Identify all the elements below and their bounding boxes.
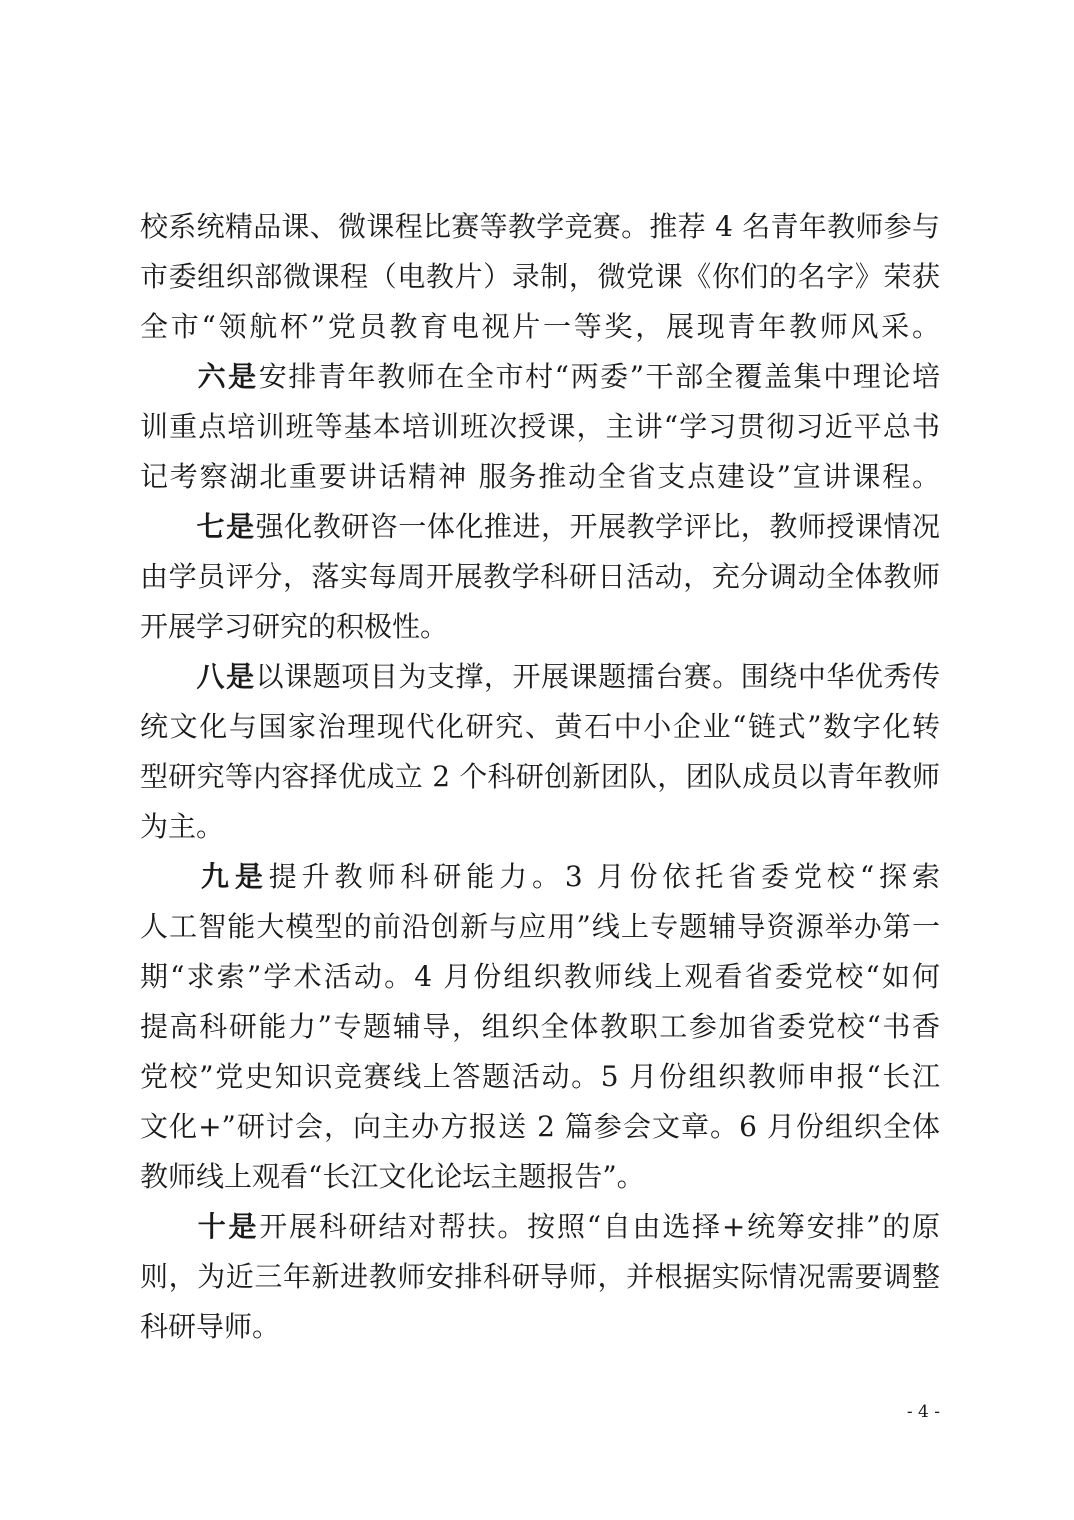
paragraph-lead-bold: 六是 — [196, 360, 259, 393]
text-line: 六是安排青年教师在全市村“两委”干部全覆盖集中理论培 — [140, 352, 940, 402]
text-line: 训重点培训班等基本培训班次授课，主讲“学习贯彻习近平总书 — [140, 402, 940, 452]
text-line: 教师线上观看“长江文化论坛主题报告”。 — [140, 1152, 940, 1202]
text-line: 文化+”研讨会，向主办方报送 2 篇参会文章。6 月份组织全体 — [140, 1102, 940, 1152]
paragraph-lead-bold: 九是 — [196, 860, 269, 893]
text-line: 市委组织部微课程（电教片）录制，微党课《你们的名字》荣获 — [140, 252, 940, 302]
paragraph-lead-bold: 八是 — [196, 660, 256, 693]
text-line: 科研导师。 — [140, 1302, 940, 1352]
text-line: 型研究等内容择优成立 2 个科研创新团队，团队成员以青年教师 — [140, 752, 940, 802]
text-line: 八是以课题项目为支撑，开展课题擂台赛。围绕中华优秀传 — [140, 652, 940, 702]
text-line: 九是提升教师科研能力。3 月份依托省委党校“探索 DeepSeek: — [140, 852, 940, 902]
text-line: 则，为近三年新进教师安排科研导师，并根据实际情况需要调整 — [140, 1252, 940, 1302]
text-line: 期“求索”学术活动。4 月份组织教师线上观看省委党校“如何 — [140, 952, 940, 1002]
text-line: 全市“领航杯”党员教育电视片一等奖，展现青年教师风采。 — [140, 302, 940, 352]
text-line: 党校”党史知识竞赛线上答题活动。5 月份组织教师申报“长江 — [140, 1052, 940, 1102]
paragraph-lead-bold: 七是 — [196, 510, 256, 543]
page-number: - 4 - — [140, 1402, 940, 1422]
text-line: 十是开展科研结对帮扶。按照“自由选择+统筹安排”的原 — [140, 1202, 940, 1252]
document-body: 校系统精品课、微课程比赛等教学竞赛。推荐 4 名青年教师参与市委组织部微课程（电… — [140, 202, 940, 1352]
text-line: 七是强化教研咨一体化推进，开展教学评比，教师授课情况 — [140, 502, 940, 552]
document-page: 校系统精品课、微课程比赛等教学竞赛。推荐 4 名青年教师参与市委组织部微课程（电… — [0, 0, 1074, 1520]
text-line: 统文化与国家治理现代化研究、黄石中小企业“链式”数字化转 — [140, 702, 940, 752]
text-line: 由学员评分，落实每周开展教学科研日活动，充分调动全体教师 — [140, 552, 940, 602]
text-line: 人工智能大模型的前沿创新与应用”线上专题辅导资源举办第一 — [140, 902, 940, 952]
text-line: 提高科研能力”专题辅导，组织全体教职工参加省委党校“书香 — [140, 1002, 940, 1052]
text-line: 为主。 — [140, 802, 940, 852]
text-line: 记考察湖北重要讲话精神 服务推动全省支点建设”宣讲课程。 — [140, 452, 940, 502]
text-line: 开展学习研究的积极性。 — [140, 602, 940, 652]
text-line: 校系统精品课、微课程比赛等教学竞赛。推荐 4 名青年教师参与 — [140, 202, 940, 252]
paragraph-lead-bold: 十是 — [196, 1210, 259, 1243]
